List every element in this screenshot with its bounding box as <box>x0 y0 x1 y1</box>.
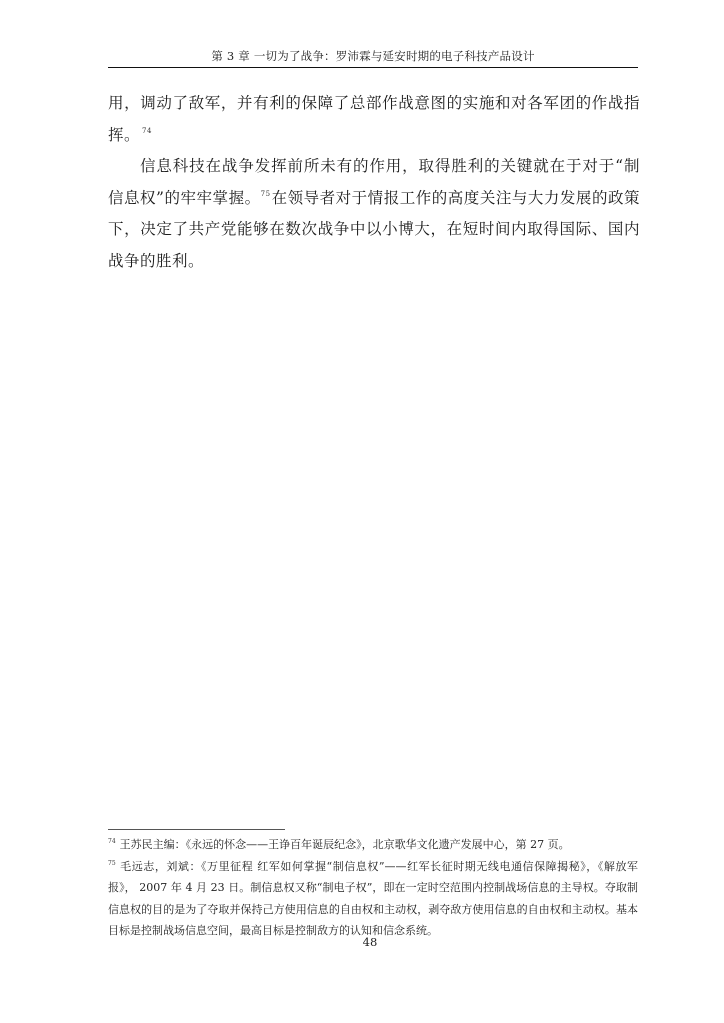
footnote-number: 75 <box>108 860 116 867</box>
footnote-number: 74 <box>108 838 116 845</box>
footnote-separator <box>108 829 285 830</box>
footnote-74: 74王苏民主编：《永远的怀念——王诤百年诞辰纪念》，北京歌华文化遗产发展中心，第… <box>108 834 638 856</box>
footnotes: 74王苏民主编：《永远的怀念——王诤百年诞辰纪念》，北京歌华文化遗产发展中心，第… <box>108 834 638 942</box>
header-rule <box>108 67 638 68</box>
footnote-ref-75[interactable]: 75 <box>261 190 271 198</box>
body-text: 用，调动了敌军，并有利的保障了总部作战意图的实施和对各军团的作战指挥。74 信息… <box>108 88 640 277</box>
footnote-75: 75毛远志，刘斌：《万里征程 红军如何掌握“制信息权”——红军长征时期无线电通信… <box>108 856 638 942</box>
paragraph-1: 用，调动了敌军，并有利的保障了总部作战意图的实施和对各军团的作战指挥。74 <box>108 88 640 151</box>
paragraph-1-text: 用，调动了敌军，并有利的保障了总部作战意图的实施和对各军团的作战指挥。 <box>108 94 640 144</box>
footnote-text: 毛远志，刘斌：《万里征程 红军如何掌握“制信息权”——红军长征时期无线电通信保障… <box>108 860 638 938</box>
running-header: 第 3 章 一切为了战争：罗沛霖与延安时期的电子科技产品设计 <box>108 48 638 64</box>
footnote-text: 王苏民主编：《永远的怀念——王诤百年诞辰纪念》，北京歌华文化遗产发展中心，第 2… <box>120 838 570 851</box>
footnote-ref-74[interactable]: 74 <box>142 127 152 135</box>
paragraph-2: 信息科技在战争发挥前所未有的作用，取得胜利的关键就在于对于“制信息权”的牢牢掌握… <box>108 151 640 277</box>
page-number: 48 <box>340 935 400 949</box>
